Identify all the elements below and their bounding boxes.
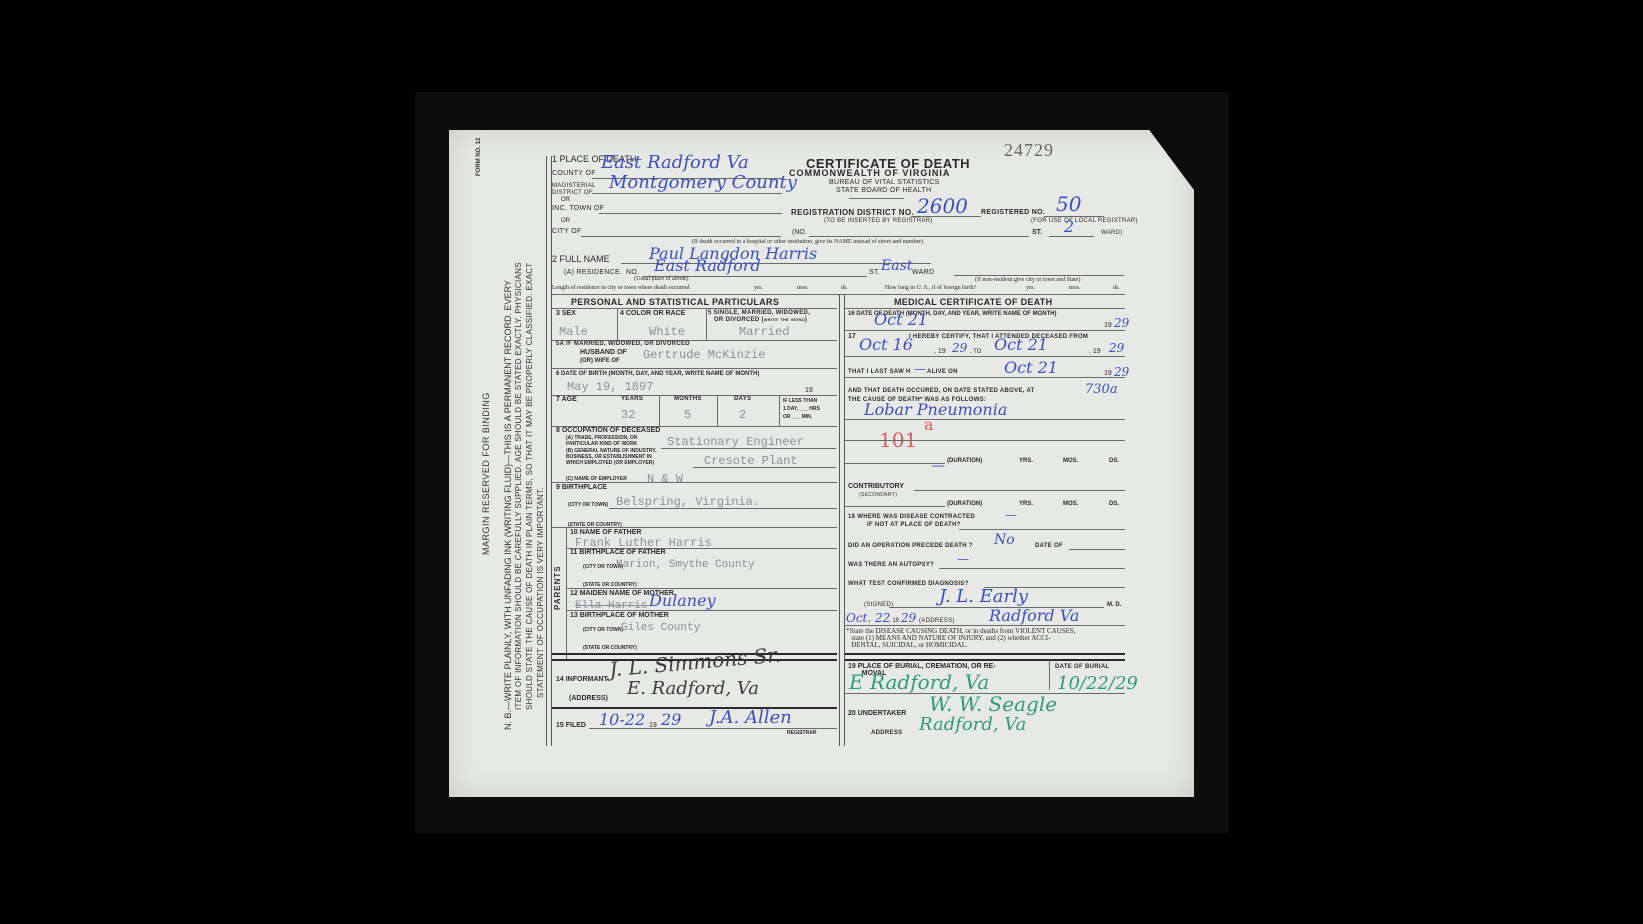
less-than-1: IF LESS THAN	[783, 398, 817, 404]
dod-19: 19	[1104, 322, 1112, 329]
divider	[552, 482, 837, 483]
magisterial-label: MAGISTERIALDISTRICT OF	[552, 183, 596, 197]
months-value: 5	[684, 408, 691, 422]
from-19: , 19	[934, 348, 946, 355]
divider	[845, 659, 1125, 661]
board-label: STATE BOARD OF HEALTH	[836, 187, 931, 194]
form-number: FORM NO. 12	[476, 138, 482, 176]
duration-mos-2: MOS.	[1063, 501, 1078, 507]
registration-district-note: (TO BE INSERTED BY REGISTRAR)	[824, 218, 933, 224]
occupation-a-value: Stationary Engineer	[667, 435, 804, 449]
age-label: 7 AGE	[556, 396, 577, 403]
registered-no-label: REGISTERED NO.	[981, 209, 1045, 216]
duration-yrs-1: YRS.	[1019, 458, 1033, 464]
magisterial-label-2: DISTRICT OF	[552, 190, 593, 196]
length-mos: mos.	[797, 285, 809, 291]
informant-address-value: E. Radford, Va	[627, 678, 759, 699]
father-birthplace-value: Marion, Smythe County	[616, 559, 755, 571]
certify-number: 17	[848, 333, 856, 340]
divider	[552, 308, 837, 309]
marital-label-2: OR DIVORCED (write the word)	[714, 317, 807, 323]
divider	[845, 653, 1125, 655]
nonresident-line	[954, 275, 1124, 276]
occ-b-label-3: WHICH EMPLOYED (OR EMPLOYER)	[566, 460, 654, 466]
us-mos: mos.	[1069, 285, 1081, 291]
nonresident-note: (If non-resident give city or town and S…	[975, 277, 1080, 283]
dod-value: Oct 21	[874, 310, 928, 329]
contributory-label: CONTRIBUTORY	[848, 483, 904, 490]
dod-year: 29	[1114, 316, 1129, 330]
duration-mos-1: MOS.	[1063, 458, 1078, 464]
occ-b-line	[693, 467, 836, 468]
dob-19: 19	[805, 387, 813, 394]
divider	[845, 330, 1125, 331]
birthplace-label: 9 BIRTHPLACE	[556, 484, 607, 491]
duration-ds-1: DS.	[1109, 458, 1119, 464]
to-label: , TO	[970, 349, 981, 355]
mother-birthplace-value: Giles County	[621, 622, 700, 634]
signed-year: 29	[901, 611, 916, 625]
magisterial-value: Montgomery County	[609, 172, 797, 193]
mother-bp-state-label: (STATE OR COUNTRY)	[583, 645, 637, 651]
last-saw-blank: —	[914, 362, 926, 376]
abode-note: (Usual place of abode)	[634, 276, 688, 282]
contracted-value: —	[1005, 508, 1017, 522]
mother-bp-city-label: (CITY OR TOWN)	[583, 627, 623, 633]
left-border	[546, 156, 552, 746]
from-year: 29	[952, 341, 967, 355]
dob-value: May 19, 1897	[567, 380, 653, 394]
undertaker-value: W. W. Seagle	[929, 692, 1057, 716]
operation-value: No	[994, 532, 1015, 548]
duration-label-1: (DURATION)	[947, 458, 982, 464]
length-of-residence-label: Length of residence in city or town wher…	[552, 285, 689, 291]
undertaker-address-value: Radford, Va	[919, 714, 1026, 735]
instruction-line-1: N. B.—WRITE PLAINLY, WITH UNFADING INK (…	[503, 280, 513, 730]
burial-place-label-1: 19 PLACE OF BURIAL, CREMATION, OR RE-	[848, 663, 996, 670]
contracted-label-1: 18 WHERE WAS DISEASE CONTRACTED	[848, 514, 975, 520]
signed-value: J. L. Early	[939, 586, 1028, 607]
bureau-label: BUREAU OF VITAL STATISTICS	[829, 179, 940, 186]
alive-on-label: ALIVE ON	[927, 369, 958, 375]
occupation-a-label: (A) TRADE, PROFESSION, ORPARTICULAR KIND…	[566, 435, 637, 447]
us-ds: ds.	[1113, 285, 1120, 291]
marital-label: 5 SINGLE, MARRIED, WIDOWED, OR DIVORCED …	[708, 310, 810, 324]
divider	[845, 308, 1125, 309]
sex-label: 3 SEX	[556, 310, 576, 317]
operation-label: DID AN OPERATION PRECEDE DEATH ?	[848, 543, 973, 549]
residence-st-value: East	[881, 258, 912, 274]
burial-place-value: E Radford, Va	[849, 670, 989, 694]
divider	[717, 395, 718, 426]
certificate-subtitle: COMMONWEALTH OF VIRGINIA	[789, 168, 950, 178]
occupation-label: 8 OCCUPATION OF DECEASED	[556, 427, 660, 434]
marital-value: Married	[739, 325, 789, 339]
mother-name-correction: Dulaney	[649, 591, 716, 610]
instruction-line-3: SHOULD STATE THE CAUSE OF DEATH IN PLAIN…	[525, 262, 534, 710]
years-label: YEARS	[621, 396, 643, 402]
divider	[779, 395, 780, 426]
days-value: 2	[739, 408, 746, 422]
registration-district-value: 2600	[917, 194, 968, 218]
autopsy-value: —	[957, 552, 969, 566]
less-than-3: OR ___ MIN.	[783, 414, 812, 420]
occ-a-label-2: PARTICULAR KIND OF WORK	[566, 441, 637, 447]
inc-town-line	[599, 213, 782, 214]
filed-label: 15 FILED	[556, 722, 586, 729]
divider	[659, 395, 660, 426]
magisterial-line	[592, 193, 782, 194]
father-name-label: 10 NAME OF FATHER	[570, 529, 641, 536]
sex-value: Male	[559, 325, 588, 339]
ward-value: 2	[1064, 217, 1074, 236]
filed-line	[589, 728, 837, 729]
date-of-label: DATE OF	[1035, 543, 1063, 549]
father-birthplace-label: 11 BIRTHPLACE OF FATHER	[570, 549, 666, 556]
filed-year: 29	[661, 710, 681, 729]
residence-label: (A) RESIDENCE.	[564, 269, 622, 276]
magisterial-label-1: MAGISTERIAL	[552, 183, 596, 189]
divider	[845, 377, 1125, 378]
last-saw-label: THAT I LAST SAW H	[848, 369, 911, 375]
or-label-1: OR	[561, 197, 570, 203]
attended-from: Oct 16	[859, 335, 913, 354]
med-address-label: (ADDRESS)	[919, 618, 955, 624]
residence-st-label: ST.	[869, 269, 880, 276]
signed-19: , 19	[889, 618, 899, 624]
occupation-b-value: Cresote Plant	[704, 454, 798, 468]
medical-section-title: MEDICAL CERTIFICATE OF DEATH	[894, 297, 1052, 307]
spouse-value: Gertrude McKinzie	[643, 348, 765, 362]
divider	[845, 440, 1125, 441]
divider	[849, 198, 904, 199]
ward-line	[1049, 236, 1094, 237]
certificate-number: 24729	[1004, 140, 1054, 161]
st-label: ST.	[1032, 229, 1042, 236]
divider	[1049, 660, 1050, 690]
attended-to: Oct 21	[994, 335, 1048, 354]
registration-district-label: REGISTRATION DISTRICT NO.	[791, 208, 914, 217]
address-line	[844, 625, 1125, 626]
divider	[552, 368, 837, 369]
death-certificate: FORM NO. 12 MARGIN RESERVED FOR BINDING …	[449, 130, 1194, 797]
inc-town-label: INC. TOWN OF	[552, 205, 604, 212]
instruction-line-4: STATEMENT OF OCCUPATION IS VERY IMPORTAN…	[536, 487, 545, 698]
duration-label-2: (DURATION)	[947, 501, 982, 507]
to-19: , 19	[1089, 348, 1101, 355]
residence-value: East Radford	[654, 256, 761, 275]
race-label: 4 COLOR OR RACE	[620, 310, 685, 317]
duration-ds-2: DS.	[1109, 501, 1119, 507]
duration-yrs-2: YRS.	[1019, 501, 1033, 507]
length-ds: ds.	[841, 285, 848, 291]
autopsy-label: WAS THERE AN AUTOPSY?	[848, 562, 934, 568]
signed-date: Oct. 22	[846, 611, 890, 625]
city-line	[581, 236, 781, 237]
registered-no-value: 50	[1056, 192, 1081, 216]
registrar-label: REGISTRAR	[787, 730, 816, 736]
cause-value: Lobar Pneumonia	[864, 400, 1007, 419]
divider	[617, 308, 618, 340]
divider	[566, 588, 837, 589]
months-label: MONTHS	[674, 396, 702, 402]
cause-code-mark: a	[924, 415, 934, 434]
city-label: CITY OF	[552, 228, 582, 235]
duration-line	[845, 506, 945, 507]
length-yrs: yrs.	[754, 285, 763, 291]
county-label: COUNTY OF	[552, 170, 596, 177]
mother-birthplace-label: 13 BIRTHPLACE OF MOTHER	[570, 612, 669, 619]
occurred-label: AND THAT DEATH OCCURED, ON DATE STATED A…	[848, 388, 1035, 394]
undertaker-address-label: ADDRESS	[871, 730, 902, 736]
husband-of-label: HUSBAND OF	[580, 349, 627, 356]
no-label: (NO.	[792, 229, 807, 236]
county-value: East Radford Va	[601, 152, 749, 173]
md-label: M. D.	[1107, 602, 1121, 608]
street-line	[809, 236, 1029, 237]
last-saw-value: Oct 21	[1004, 358, 1058, 377]
occurred-value: 730a	[1085, 382, 1118, 397]
wife-of-label: (OR) WIFE OF	[580, 358, 620, 364]
us-residence-label: How long in U. S., if of foreign birth?	[885, 285, 976, 291]
registrar-signature: J.A. Allen	[709, 707, 792, 728]
burial-date-value: 10/22/29	[1057, 673, 1138, 694]
us-yrs: yrs.	[1026, 285, 1035, 291]
contributory-line	[914, 490, 1125, 491]
less-than-day: IF LESS THAN1 DAY, ___ HRSOR ___ MIN.	[783, 397, 820, 421]
informant-label: 14 INFORMANT	[556, 676, 608, 683]
birthplace-city-label: (CITY OR TOWN)	[568, 502, 608, 508]
autopsy-line	[939, 568, 1125, 569]
footnote-3: DENTAL, SUICIDAL, or HOMICIDAL.	[851, 641, 967, 649]
filed-value: 10-22	[599, 710, 645, 729]
race-value: White	[649, 325, 685, 339]
divider	[552, 707, 837, 709]
divider	[845, 356, 1125, 357]
contracted-line	[959, 529, 1125, 530]
divider	[845, 419, 1125, 420]
burial-date-label: DATE OF BURIAL	[1055, 664, 1109, 670]
occupation-b-label: (B) GENERAL NATURE OF INDUSTRY,BUSINESS,…	[566, 448, 656, 466]
footnote: *State the DISEASE CAUSING DEATH, or in …	[846, 628, 1076, 649]
contracted-label-2: IF NOT AT PLACE OF DEATH?	[867, 522, 961, 528]
birthplace-line	[609, 508, 837, 509]
last-saw-19: 19	[1104, 370, 1112, 377]
binding-margin-note: MARGIN RESERVED FOR BINDING	[481, 392, 491, 555]
divider	[706, 308, 707, 340]
marital-label-1: 5 SINGLE, MARRIED, WIDOWED,	[708, 310, 810, 316]
med-address-value: Radford Va	[989, 606, 1079, 625]
secondary-label: (SECONDARY)	[859, 492, 897, 498]
duration-line	[845, 463, 945, 464]
residence-no-label: NO.	[626, 269, 639, 276]
to-year: 29	[1109, 341, 1124, 355]
spouse-label-2: HUSBAND OF(OR) WIFE OF	[580, 349, 627, 365]
less-than-2: 1 DAY, ___ HRS	[783, 406, 820, 412]
duration-blank: —	[931, 458, 945, 474]
days-label: DAYS	[734, 396, 751, 402]
personal-section-title: PERSONAL AND STATISTICAL PARTICULARS	[571, 297, 779, 307]
undertaker-label: 20 UNDERTAKER	[848, 710, 906, 717]
divider	[566, 610, 837, 611]
occupation-c-value: N & W	[647, 472, 683, 486]
instruction-line-2: ITEM OF INFORMATION SHOULD BE CAREFULLY …	[514, 262, 523, 710]
divider	[552, 527, 837, 528]
column-divider	[839, 294, 845, 746]
dob-label: 6 DATE OF BIRTH (MONTH, DAY, AND YEAR, W…	[556, 371, 759, 377]
ward-label: WARD)	[1101, 230, 1123, 236]
parents-side-label: PARENTS	[553, 565, 562, 610]
informant-address-label: (ADDRESS)	[569, 695, 608, 702]
spouse-label-1: 5A IF MARRIED, WIDOWED, OR DIVORCED	[556, 341, 690, 347]
date-of-line	[1069, 549, 1125, 550]
residence-ward-label: WARD	[912, 269, 934, 276]
or-label-2: OR	[561, 218, 570, 224]
registered-no-note: (FOR USE OF LOCAL REGISTRAR)	[1031, 218, 1138, 224]
full-name-label: 2 FULL NAME	[552, 254, 610, 264]
birthplace-value: Belspring, Virginia.	[616, 495, 760, 509]
occ-a-line	[661, 448, 836, 449]
years-value: 32	[621, 408, 635, 422]
